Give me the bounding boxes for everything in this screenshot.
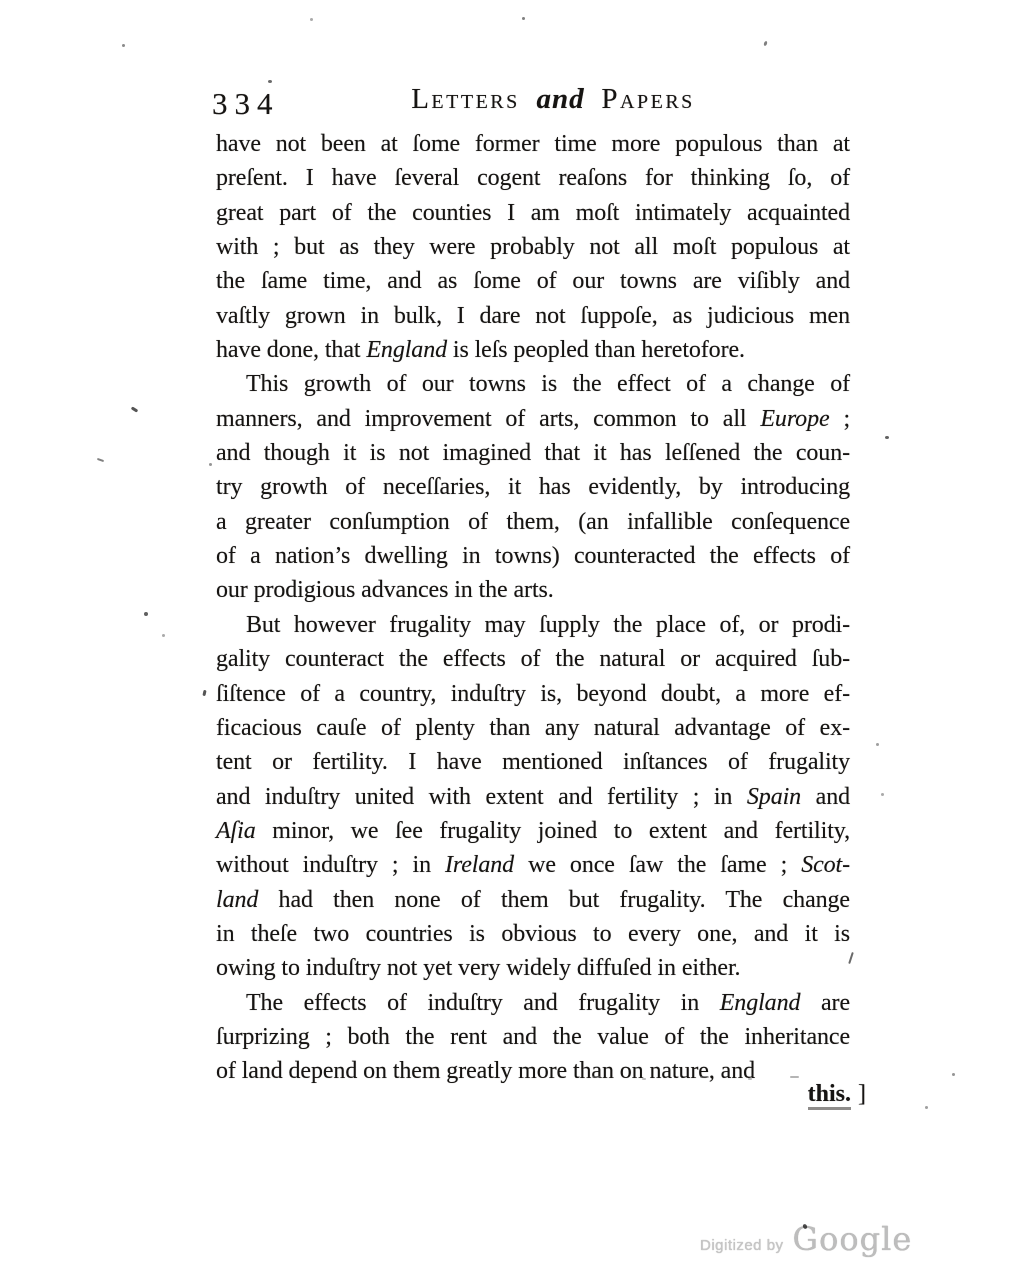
text-line: have not been at ſome former time more p… — [216, 127, 850, 161]
text-line: manners, and improvement of arts, common… — [216, 402, 850, 436]
italic-text: England — [366, 337, 447, 363]
scan-speck — [162, 634, 165, 637]
italic-text: Ireland — [445, 852, 514, 878]
text-segment: had then none of them but frugality. The… — [258, 887, 850, 913]
catchword-bracket: ] — [858, 1081, 866, 1107]
text-line: This growth of our towns is the effect o… — [216, 367, 850, 401]
scan-speck — [522, 17, 525, 20]
scan-speck — [97, 458, 104, 462]
text-segment: the ſame time, and as ſome of our towns … — [216, 268, 850, 294]
scan-speck — [310, 18, 313, 21]
scan-smudge — [748, 1078, 752, 1080]
text-line: The effects of induſtry and frugality in… — [216, 986, 850, 1020]
text-line: But however frugality may ſupply the pla… — [216, 608, 850, 642]
scan-smudge — [592, 1076, 601, 1078]
text-line: in theſe two countries is obvious to eve… — [216, 917, 850, 951]
text-segment: with ; but as they were probably not all… — [216, 234, 850, 260]
text-line: our prodigious advances in the arts. — [216, 573, 850, 607]
text-segment: try growth of neceſſaries, it has eviden… — [216, 474, 850, 500]
text-segment: a greater conſumption of them, (an infal… — [216, 509, 850, 535]
text-line: ſiſtence of a country, induſtry is, beyo… — [216, 677, 850, 711]
scan-speck — [763, 41, 768, 47]
text-line: vaſtly grown in bulk, I dare not ſuppoſe… — [216, 299, 850, 333]
text-segment: of a nation’s dwelling in towns) counter… — [216, 543, 850, 569]
italic-text: Europe — [760, 406, 829, 432]
text-segment: preſent. I have ſeveral cogent reaſons f… — [216, 165, 850, 191]
text-line: try growth of neceſſaries, it has eviden… — [216, 470, 850, 504]
text-segment: and induſtry united with extent and fert… — [216, 784, 747, 810]
running-head-right: Papers — [601, 83, 694, 115]
scan-speck — [122, 44, 125, 47]
text-line: and induſtry united with extent and fert… — [216, 780, 850, 814]
paragraph: This growth of our towns is the effect o… — [216, 367, 850, 607]
running-head-left: Letters — [411, 83, 520, 115]
text-line: gality counteract the effects of the nat… — [216, 642, 850, 676]
running-head-conjunction: and — [537, 83, 585, 115]
text-segment: are — [800, 990, 850, 1016]
scan-smudge — [790, 1076, 799, 1078]
text-line: land had then none of them but frugality… — [216, 883, 850, 917]
book-page: 334 Letters and Papers have not been at … — [0, 0, 1014, 1282]
italic-text: England — [720, 990, 801, 1016]
text-line: owing to induſtry not yet very widely di… — [216, 951, 850, 985]
italic-text: Scot- — [801, 852, 850, 878]
scan-speck — [144, 612, 148, 616]
italic-text: land — [216, 887, 258, 913]
scan-smudge — [700, 1076, 709, 1078]
paragraph: But however frugality may ſupply the pla… — [216, 608, 850, 986]
text-line: tent or fertility. I have mentioned inſt… — [216, 745, 850, 779]
text-block: have not been at ſome former time more p… — [216, 127, 850, 1089]
scan-speck — [952, 1073, 955, 1076]
text-segment: This growth of our towns is the effect o… — [246, 371, 850, 397]
scan-smudge — [642, 1078, 646, 1080]
scan-speck — [881, 793, 884, 796]
scan-speck — [202, 690, 206, 696]
text-segment: we once ſaw the ſame ; — [514, 852, 801, 878]
text-segment: tent or fertility. I have mentioned inſt… — [216, 749, 850, 775]
scan-speck — [131, 406, 139, 412]
text-line: the ſame time, and as ſome of our towns … — [216, 264, 850, 298]
text-segment: ; — [830, 406, 850, 432]
text-line: ficacious cauſe of plenty than any natur… — [216, 711, 850, 745]
text-segment: without induſtry ; in — [216, 852, 445, 878]
scan-speck — [268, 80, 272, 83]
catchword-text: this. — [808, 1081, 851, 1110]
text-segment: vaſtly grown in bulk, I dare not ſuppoſe… — [216, 303, 850, 329]
text-line: a greater conſumption of them, (an infal… — [216, 505, 850, 539]
paragraph: The effects of induſtry and frugality in… — [216, 986, 850, 1089]
text-segment: But however frugality may ſupply the pla… — [246, 612, 850, 638]
text-line: have done, that England is leſs peopled … — [216, 333, 850, 367]
text-segment: owing to induſtry not yet very widely di… — [216, 955, 740, 981]
italic-text: Aſia — [216, 818, 256, 844]
text-segment: ficacious cauſe of plenty than any natur… — [216, 715, 850, 741]
text-segment: minor, we ſee frugality joined to extent… — [256, 818, 850, 844]
catchword: this.] — [216, 1081, 866, 1108]
text-segment: have done, that — [216, 337, 366, 363]
text-segment: in theſe two countries is obvious to eve… — [216, 921, 850, 947]
text-line: ſurprizing ; both the rent and the value… — [216, 1020, 850, 1054]
text-segment: gality counteract the effects of the nat… — [216, 646, 850, 672]
text-segment: ſurprizing ; both the rent and the value… — [216, 1024, 850, 1050]
text-segment: and though it is not imagined that it ha… — [216, 440, 850, 466]
running-head: Letters and Papers — [216, 83, 850, 116]
text-line: great part of the counties I am moſt int… — [216, 196, 850, 230]
text-segment: manners, and improvement of arts, common… — [216, 406, 760, 432]
text-segment: ſiſtence of a country, induſtry is, beyo… — [216, 681, 850, 707]
text-segment: have not been at ſome former time more p… — [216, 131, 850, 157]
google-logo: Google — [793, 1220, 913, 1258]
text-line: and though it is not imagined that it ha… — [216, 436, 850, 470]
paragraph: have not been at ſome former time more p… — [216, 127, 850, 367]
text-segment: and — [801, 784, 850, 810]
text-line: of a nation’s dwelling in towns) counter… — [216, 539, 850, 573]
text-line: preſent. I have ſeveral cogent reaſons f… — [216, 161, 850, 195]
text-segment: great part of the counties I am moſt int… — [216, 200, 850, 226]
text-segment: is leſs peopled than heretofore. — [447, 337, 745, 363]
scan-speck — [925, 1106, 928, 1109]
italic-text: Spain — [747, 784, 801, 810]
text-line: with ; but as they were probably not all… — [216, 230, 850, 264]
watermark-prefix: Digitized by — [700, 1237, 784, 1254]
scan-speck — [876, 743, 879, 746]
text-segment: The effects of induſtry and frugality in — [246, 990, 720, 1016]
scan-speck — [885, 436, 889, 439]
text-line: Aſia minor, we ſee frugality joined to e… — [216, 814, 850, 848]
text-line: without induſtry ; in Ireland we once ſa… — [216, 848, 850, 882]
text-segment: our prodigious advances in the arts. — [216, 577, 554, 603]
scan-speck — [209, 463, 212, 466]
